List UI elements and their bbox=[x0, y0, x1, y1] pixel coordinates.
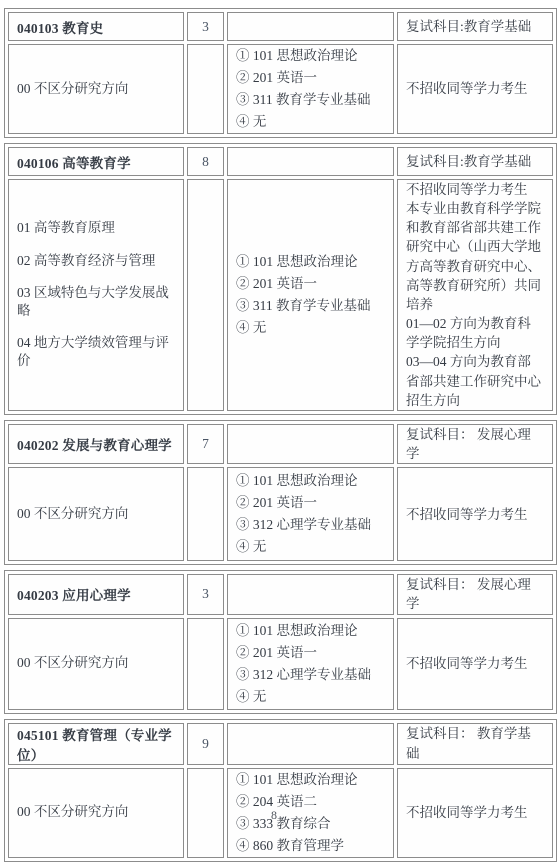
exam-subject: ③ 312 心理学专业基础 bbox=[236, 664, 385, 686]
remark-line: 本专业由教育科学学院和教育部省部共建工作研究中心（山西大学地方高等教育研究中心、… bbox=[406, 199, 544, 314]
exam-subject: ④ 无 bbox=[236, 686, 385, 708]
program-code-title: 040106 高等教育学 bbox=[8, 147, 184, 176]
research-direction: 00 不区分研究方向 bbox=[17, 654, 175, 672]
program-header-row: 040103 教育史 3 复试科目:教育学基础 bbox=[8, 12, 553, 41]
exam-subject: ② 201 英语一 bbox=[236, 492, 385, 514]
retest-subject: 复试科目： 教育学基础 bbox=[397, 723, 553, 765]
exam-subject: ④ 无 bbox=[236, 111, 385, 133]
program-table-045101: 045101 教育管理（专业学位） 9 复试科目： 教育学基础 00 不区分研究… bbox=[4, 719, 557, 862]
empty-cell bbox=[227, 424, 394, 464]
document-page: 040103 教育史 3 复试科目:教育学基础 00 不区分研究方向 ① 101… bbox=[0, 0, 559, 862]
retest-subject: 复试科目:教育学基础 bbox=[397, 147, 553, 176]
retest-subject: 复试科目:教育学基础 bbox=[397, 12, 553, 41]
empty-cell bbox=[227, 12, 394, 41]
exam-subject: ① 101 思想政治理论 bbox=[236, 251, 385, 273]
program-detail-row: 00 不区分研究方向 ① 101 思想政治理论 ② 201 英语一 ③ 312 … bbox=[8, 618, 553, 710]
enrollment-quota: 9 bbox=[187, 723, 224, 765]
program-code-title: 040203 应用心理学 bbox=[8, 574, 184, 614]
exam-subjects-cell: ① 101 思想政治理论 ② 201 英语一 ③ 311 教育学专业基础 ④ 无 bbox=[227, 44, 394, 134]
research-direction: 01 高等教育原理 bbox=[17, 219, 175, 237]
program-header-row: 040106 高等教育学 8 复试科目:教育学基础 bbox=[8, 147, 553, 176]
exam-subject: ① 101 思想政治理论 bbox=[236, 470, 385, 492]
exam-subject: ④ 无 bbox=[236, 536, 385, 558]
exam-subject: ② 201 英语一 bbox=[236, 642, 385, 664]
program-header-row: 045101 教育管理（专业学位） 9 复试科目： 教育学基础 bbox=[8, 723, 553, 765]
remark-line: 03—04 方向为教育部省部共建工作研究中心招生方向 bbox=[406, 352, 544, 409]
program-detail-row: 00 不区分研究方向 ① 101 思想政治理论 ② 201 英语一 ③ 311 … bbox=[8, 44, 553, 134]
remark-line: 01—02 方向为教育科学学院招生方向 bbox=[406, 314, 544, 352]
remarks-cell: 不招收同等学力考生 bbox=[397, 467, 553, 561]
exam-subjects-cell: ① 101 思想政治理论 ② 201 英语一 ③ 311 教育学专业基础 ④ 无 bbox=[227, 179, 394, 411]
empty-cell bbox=[187, 618, 224, 710]
enrollment-quota: 3 bbox=[187, 574, 224, 614]
program-detail-row: 01 高等教育原理 02 高等教育经济与管理 03 区域特色与大学发展战略 04… bbox=[8, 179, 553, 411]
remark-line: 不招收同等学力考生 bbox=[406, 505, 544, 524]
empty-cell bbox=[227, 723, 394, 765]
program-table-040103: 040103 教育史 3 复试科目:教育学基础 00 不区分研究方向 ① 101… bbox=[4, 8, 557, 138]
research-direction: 03 区域特色与大学发展战略 bbox=[17, 284, 175, 320]
program-table-040203: 040203 应用心理学 3 复试科目： 发展心理学 00 不区分研究方向 ① … bbox=[4, 570, 557, 713]
research-directions-cell: 00 不区分研究方向 bbox=[8, 44, 184, 134]
enrollment-quota: 3 bbox=[187, 12, 224, 41]
retest-subject: 复试科目： 发展心理学 bbox=[397, 424, 553, 464]
enrollment-quota: 8 bbox=[187, 147, 224, 176]
exam-subject: ① 101 思想政治理论 bbox=[236, 769, 385, 791]
research-direction: 04 地方大学绩效管理与评价 bbox=[17, 334, 175, 370]
program-header-row: 040203 应用心理学 3 复试科目： 发展心理学 bbox=[8, 574, 553, 614]
remark-line: 不招收同等学力考生 bbox=[406, 180, 544, 199]
research-direction: 00 不区分研究方向 bbox=[17, 80, 175, 98]
exam-subject: ④ 无 bbox=[236, 317, 385, 339]
exam-subjects-cell: ① 101 思想政治理论 ② 201 英语一 ③ 312 心理学专业基础 ④ 无 bbox=[227, 467, 394, 561]
exam-subject: ③ 312 心理学专业基础 bbox=[236, 514, 385, 536]
program-header-row: 040202 发展与教育心理学 7 复试科目： 发展心理学 bbox=[8, 424, 553, 464]
exam-subject: ② 201 英语一 bbox=[236, 273, 385, 295]
empty-cell bbox=[227, 147, 394, 176]
program-table-040202: 040202 发展与教育心理学 7 复试科目： 发展心理学 00 不区分研究方向… bbox=[4, 420, 557, 565]
remark-line: 不招收同等学力考生 bbox=[406, 79, 544, 98]
page-number: 8 bbox=[0, 808, 548, 823]
research-directions-cell: 01 高等教育原理 02 高等教育经济与管理 03 区域特色与大学发展战略 04… bbox=[8, 179, 184, 411]
remark-line: 不招收同等学力考生 bbox=[406, 654, 544, 673]
exam-subject: ① 101 思想政治理论 bbox=[236, 620, 385, 642]
exam-subject: ② 201 英语一 bbox=[236, 67, 385, 89]
empty-cell bbox=[187, 179, 224, 411]
retest-subject: 复试科目： 发展心理学 bbox=[397, 574, 553, 614]
enrollment-quota: 7 bbox=[187, 424, 224, 464]
program-code-title: 045101 教育管理（专业学位） bbox=[8, 723, 184, 765]
exam-subject: ④ 860 教育管理学 bbox=[236, 835, 385, 857]
empty-cell bbox=[227, 574, 394, 614]
research-direction: 02 高等教育经济与管理 bbox=[17, 252, 175, 270]
exam-subject: ③ 311 教育学专业基础 bbox=[236, 89, 385, 111]
empty-cell bbox=[187, 44, 224, 134]
remarks-cell: 不招收同等学力考生 bbox=[397, 44, 553, 134]
program-code-title: 040103 教育史 bbox=[8, 12, 184, 41]
program-code-title: 040202 发展与教育心理学 bbox=[8, 424, 184, 464]
empty-cell bbox=[187, 467, 224, 561]
remarks-cell: 不招收同等学力考生 bbox=[397, 618, 553, 710]
program-detail-row: 00 不区分研究方向 ① 101 思想政治理论 ② 201 英语一 ③ 312 … bbox=[8, 467, 553, 561]
research-directions-cell: 00 不区分研究方向 bbox=[8, 467, 184, 561]
exam-subject: ① 101 思想政治理论 bbox=[236, 45, 385, 67]
research-direction: 00 不区分研究方向 bbox=[17, 505, 175, 523]
program-table-040106: 040106 高等教育学 8 复试科目:教育学基础 01 高等教育原理 02 高… bbox=[4, 143, 557, 415]
research-directions-cell: 00 不区分研究方向 bbox=[8, 618, 184, 710]
remarks-cell: 不招收同等学力考生 本专业由教育科学学院和教育部省部共建工作研究中心（山西大学地… bbox=[397, 179, 553, 411]
exam-subjects-cell: ① 101 思想政治理论 ② 201 英语一 ③ 312 心理学专业基础 ④ 无 bbox=[227, 618, 394, 710]
exam-subject: ③ 311 教育学专业基础 bbox=[236, 295, 385, 317]
